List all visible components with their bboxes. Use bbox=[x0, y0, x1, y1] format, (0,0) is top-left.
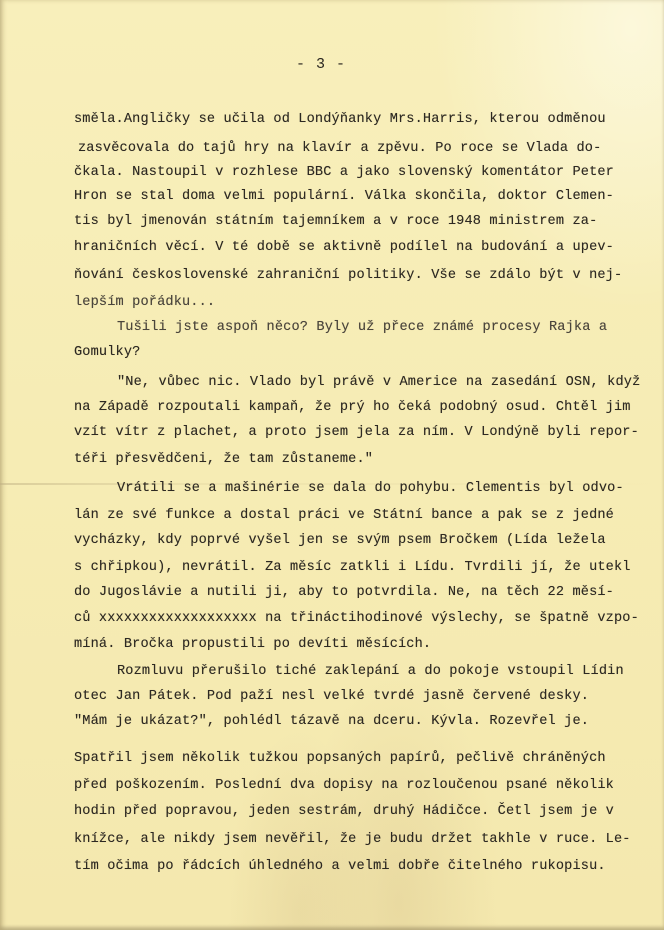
text-line: na Západě rozpoutali kampaň, že prý ho č… bbox=[74, 400, 631, 415]
text-line: Spatřil jsem několik tužkou popsaných pa… bbox=[74, 751, 606, 766]
text-line: vzít vítr z plachet, a proto jsem jela z… bbox=[74, 425, 639, 440]
page-number: - 3 - bbox=[296, 56, 346, 73]
text-line: do Jugoslávie a nutili ji, aby to potvrd… bbox=[74, 585, 614, 600]
paragraph-first-line: "Ne, vůbec nic. Vlado byl právě v Americ… bbox=[117, 375, 640, 390]
text-line: otec Jan Pátek. Pod paží nesl velké tvrd… bbox=[74, 689, 589, 704]
text-line: s chřipkou), nevrátil. Za měsíc zatkli i… bbox=[74, 560, 631, 575]
text-line: ců xxxxxxxxxxxxxxxxxxx na třináctihodino… bbox=[74, 611, 639, 626]
text-line: ňování československé zahraniční politik… bbox=[74, 268, 622, 283]
text-line: hraničních věcí. V té době se aktivně po… bbox=[74, 240, 614, 255]
text-line: knížce, ale nikdy jsem nevěřil, že je bu… bbox=[74, 832, 631, 847]
text-line: lepším pořádku... bbox=[74, 295, 215, 310]
text-line: čkala. Nastoupil v rozhlese BBC a jako s… bbox=[74, 165, 614, 180]
paragraph-first-line: Rozmluvu přerušilo tiché zaklepání a do … bbox=[117, 664, 624, 679]
text-line: "Mám je ukázat?", pohlédl tázavě na dcer… bbox=[74, 714, 589, 729]
text-line: hodin před popravou, jeden sestrám, druh… bbox=[74, 804, 614, 819]
text-line: Hron se stal doma velmi populární. Válka… bbox=[74, 189, 614, 204]
text-line: lán ze své funkce a dostal práci ve Stát… bbox=[74, 508, 614, 523]
text-line: tím očima po řádcích úhledného a velmi d… bbox=[74, 859, 606, 874]
text-line: před poškozením. Poslední dva dopisy na … bbox=[74, 778, 614, 793]
text-line: Gomulky? bbox=[74, 345, 140, 360]
document-page: - 3 - směla.Angličky se učila od Londýňa… bbox=[0, 0, 664, 930]
text-line: vycházky, kdy poprvé vyšel jen se svým p… bbox=[74, 533, 606, 548]
text-line: směla.Angličky se učila od Londýňanky Mr… bbox=[74, 112, 606, 127]
paragraph-first-line: Tušili jste aspoň něco? Byly už přece zn… bbox=[117, 320, 607, 335]
paragraph-first-line: Vrátili se a mašinérie se dala do pohybu… bbox=[117, 481, 624, 496]
text-line: zasvěcovala do tajů hry na klavír a zpěv… bbox=[78, 141, 601, 156]
text-line: míná. Bročka propustili po devíti měsící… bbox=[74, 637, 431, 652]
text-line: téři přesvědčeni, že tam zůstaneme." bbox=[74, 452, 373, 467]
text-line: tis byl jmenován státním tajemníkem a v … bbox=[74, 214, 597, 229]
